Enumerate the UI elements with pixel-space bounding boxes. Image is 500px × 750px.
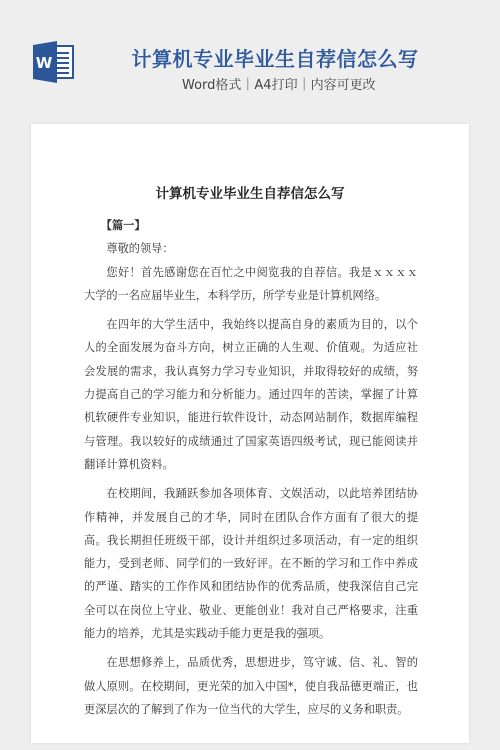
document-title: 计算机专业毕业生自荐信怎么写 xyxy=(31,182,469,202)
section-label: 【篇一】 xyxy=(84,214,418,237)
svg-text:W: W xyxy=(36,54,53,72)
document-page: 计算机专业毕业生自荐信怎么写 【篇一】 尊敬的领导： 您好！首先感谢您在百忙之中… xyxy=(31,124,469,743)
word-document-icon: W xyxy=(31,40,77,84)
paragraph: 在思想修养上，品质优秀，思想进步，笃守诚、信、礼、智的做人原则。在校期间，更光荣… xyxy=(84,651,418,721)
document-body: 【篇一】 尊敬的领导： 您好！首先感谢您在百忙之中阅览我的自荐信。我是ｘｘｘｘ大… xyxy=(84,214,418,721)
salutation: 尊敬的领导： xyxy=(84,237,418,260)
header-banner: W 计算机专业毕业生自荐信怎么写 Word格式｜A4打印｜内容可更改 xyxy=(0,0,500,124)
header-subtitle: Word格式｜A4打印｜内容可更改 xyxy=(182,74,372,93)
paragraph: 您好！首先感谢您在百忙之中阅览我的自荐信。我是ｘｘｘｘ大学的一名应届毕业生，本科… xyxy=(84,261,418,308)
header-title: 计算机专业毕业生自荐信怎么写 xyxy=(130,43,420,72)
paragraph: 在四年的大学生活中，我始终以提高自身的素质为目的，以个人的全面发展为奋斗方向，树… xyxy=(84,313,418,476)
paragraph: 在校期间，我踊跃参加各项体育、文娱活动，以此培养团结协作精神，并发展自己的才华，… xyxy=(84,482,418,645)
